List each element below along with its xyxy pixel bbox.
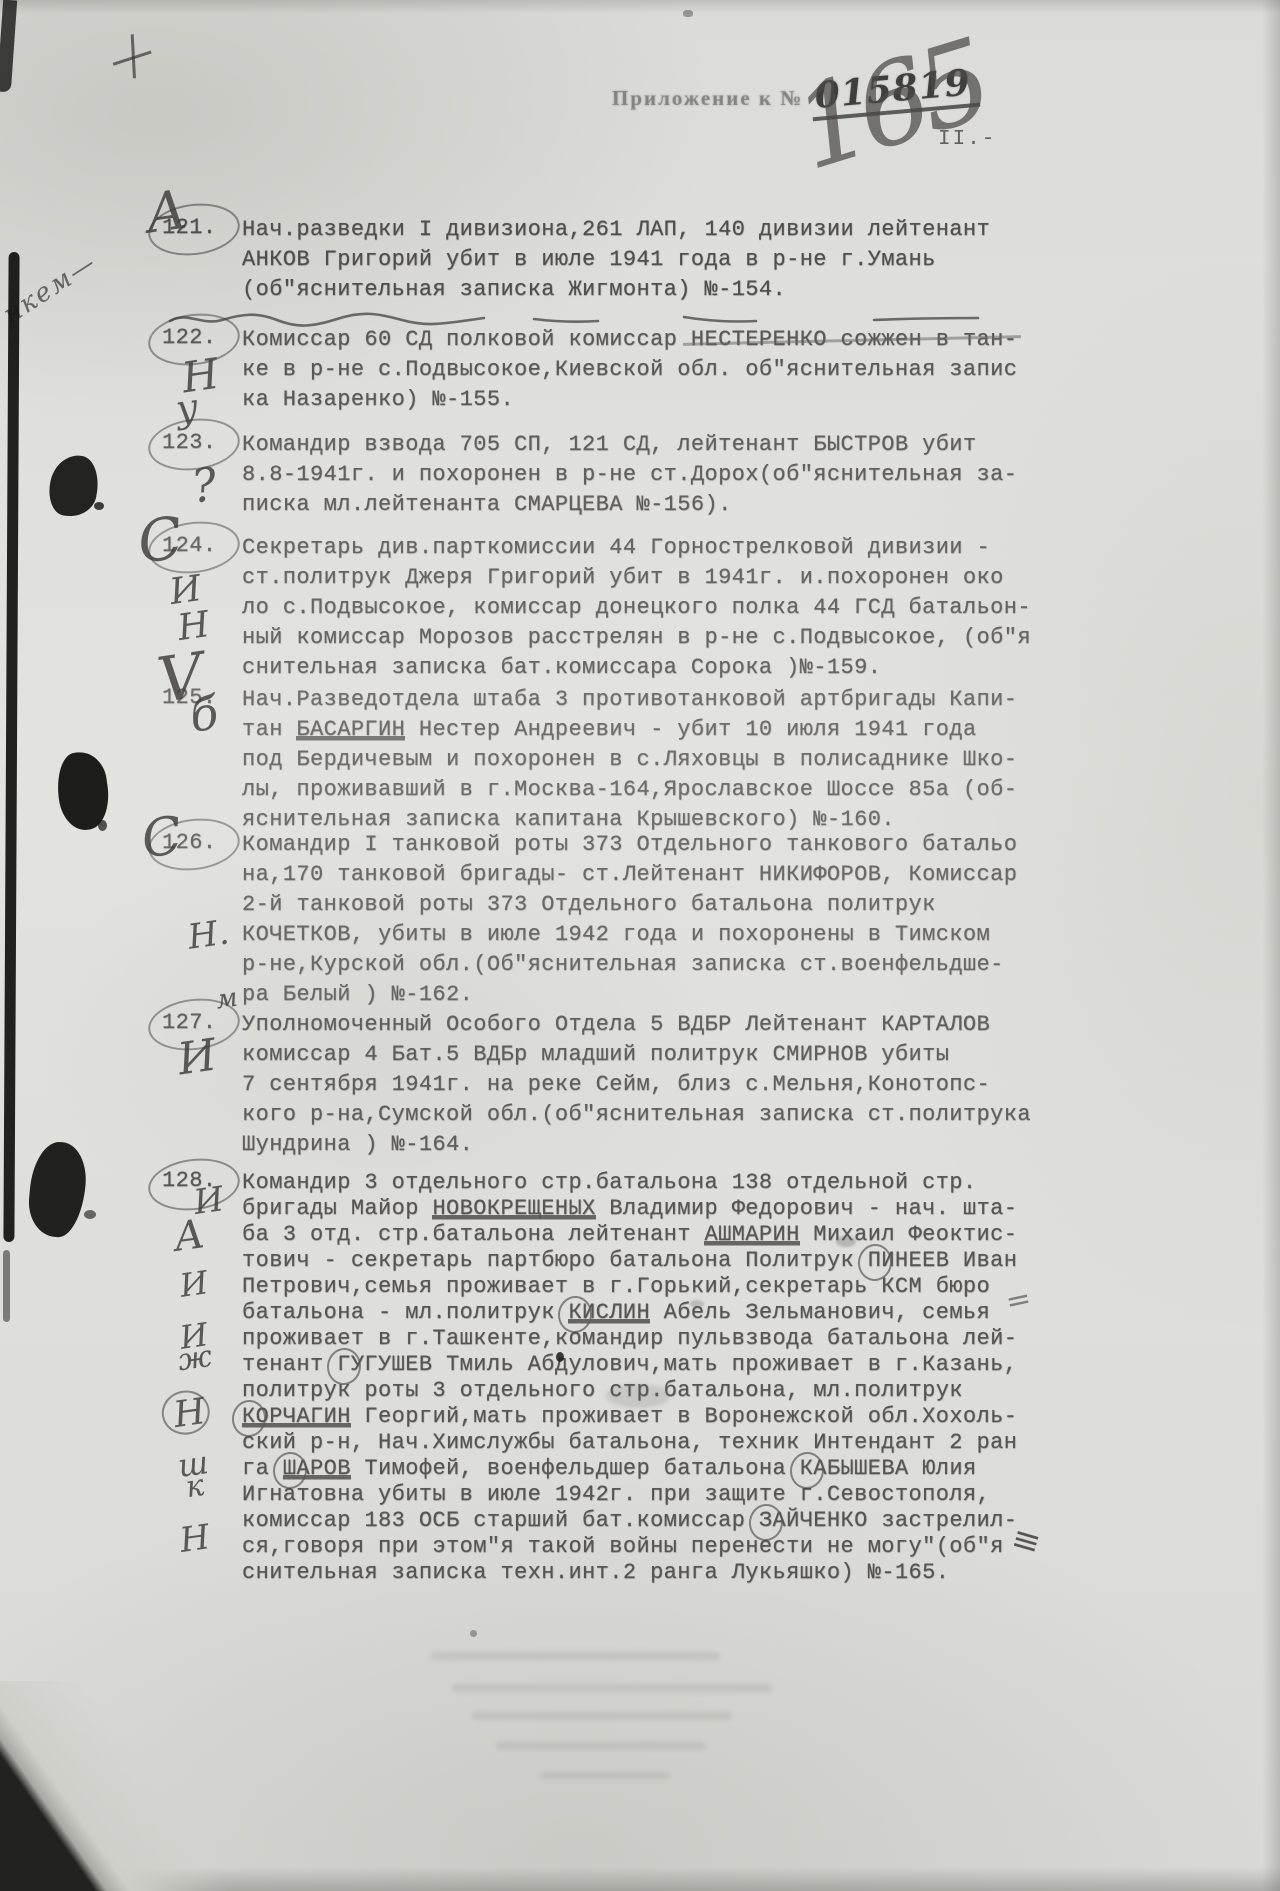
typed-line: батальона - мл.политрук КИСЛИН Абель Зел… <box>242 1300 1082 1326</box>
bleedthrough-mark <box>496 1742 706 1750</box>
typed-line: снительная записка техн.инт.2 ранга Лукь… <box>242 1560 1082 1586</box>
typed-text: писка мл.лейтенанта СМАРЦЕВА №-156). <box>242 492 732 517</box>
marked-name: КИСЛИН <box>568 1300 650 1325</box>
typed-line: ка Назаренко) №-155. <box>242 385 1082 415</box>
marked-name: ШАРОВ <box>283 1456 351 1481</box>
typed-line: Командир 3 отдельного стр.батальона 138 … <box>242 1170 1082 1196</box>
entry-126: 126.СН.Командир I танковой роты 373 Отде… <box>242 830 1082 1010</box>
typed-text: тович - секретарь партбюро батальона Пол… <box>242 1248 868 1273</box>
marked-name: КАБЫШЕВА <box>800 1456 909 1481</box>
typed-text: 7 сентября 1941г. на реке Сейм, близ с.М… <box>242 1072 990 1097</box>
typed-text: Комиссар 60 СД полковой комиссар <box>242 327 691 352</box>
marked-name: ЗАЙЧЕНКО <box>759 1508 868 1533</box>
entry-124: 124.СИНСекретарь див.парткомиссии 44 Гор… <box>242 533 1082 683</box>
marked-name: БАСАРГИН <box>296 717 405 742</box>
corner-tear <box>0 1681 250 1891</box>
entry-122: 122.НуКомиссар 60 СД полковой комиссар Н… <box>242 325 1082 415</box>
pencil-mark: к <box>184 1471 206 1503</box>
typed-text: Командир взвода 705 СП, 121 СД, лейтенан… <box>242 432 977 457</box>
pencil-mark: А <box>142 182 190 241</box>
typed-line: ба 3 отд. стр.батальона лейтенант АШМАРИ… <box>242 1222 1082 1248</box>
typed-text: Тмиль Абдулович,мать проживает в г.Казан… <box>432 1352 1017 1377</box>
typed-text: АНКОВ Григорий убит в июле 1941 года в р… <box>242 247 936 272</box>
pencil-mark: ж <box>176 1342 214 1377</box>
entry-125: 125.VбНач.Разведотдела штаба 3 противота… <box>242 685 1082 835</box>
stain-dot <box>470 1630 477 1637</box>
typed-text: батальона - мл.политрук <box>242 1300 568 1325</box>
typed-line: Комиссар 60 СД полковой комиссар НЕСТЕРЕ… <box>242 325 1082 355</box>
marked-name: НОВОКРЕЩЕНЫХ <box>432 1196 595 1221</box>
entry-121: 121.АНач.разведки I дивизиона,261 ЛАП, 1… <box>242 215 1082 305</box>
ink-blob <box>84 1210 96 1219</box>
entry-128: 128.ИАИИжНшкНКомандир 3 отдельного стр.б… <box>242 1170 1082 1586</box>
pencil-mark: И <box>178 1266 210 1302</box>
typed-line: на,170 танковой бригады- ст.Лейтенант НИ… <box>242 860 1082 890</box>
typed-line: ст.политрук Джеря Григорий убит в 1941г.… <box>242 563 1082 593</box>
entry-number: 123. <box>162 428 216 458</box>
typed-line: КОЧЕТКОВ, убиты в июле 1942 года и похор… <box>242 920 1082 950</box>
typed-line: ный комиссар Морозов расстрелян в р-не с… <box>242 623 1082 653</box>
typed-line: лы, проживавший в г.Москва-164,Ярославск… <box>242 775 1082 805</box>
bleedthrough-mark <box>452 1684 772 1692</box>
typed-line: Нач.разведки I дивизиона,261 ЛАП, 140 ди… <box>242 215 1082 245</box>
typed-line: ра Белый ) №-162. <box>242 980 1082 1010</box>
typed-text: 8.8-1941г. и похоронен в р-не ст.Дорох(о… <box>242 462 1017 487</box>
typed-text: 2-й танковой роты 373 Отдельного батальо… <box>242 892 936 917</box>
left-edge-binding-strip <box>3 1250 10 1322</box>
typed-line: тан БАСАРГИН Нестер Андреевич - убит 10 … <box>242 715 1082 745</box>
marked-name: ГУГУШЕВ <box>337 1352 432 1377</box>
typed-text: Игнатовна убиты в июле 1942г. при защите… <box>242 1482 990 1507</box>
typed-text: Михаил Феоктис- <box>800 1222 1018 1247</box>
typed-line: Командир I танковой роты 373 Отдельного … <box>242 830 1082 860</box>
typed-text: ра Белый ) №-162. <box>242 982 473 1007</box>
typed-line: Нач.Разведотдела штаба 3 противотанковой… <box>242 685 1082 715</box>
typed-line: Петрович,семья проживает в г.Горький,сек… <box>242 1274 1082 1300</box>
typed-text: под Бердичевым и похоронен в с.Ляховцы в… <box>242 747 1017 772</box>
stain-dot <box>683 10 693 17</box>
typed-text: снительная записка техн.инт.2 ранга Лукь… <box>242 1560 949 1585</box>
ink-blob <box>94 502 104 510</box>
typed-text: комиссар 4 Бат.5 ВДБр младший политрук С… <box>242 1042 949 1067</box>
typed-text: ский р-н, Нач.Химслужбы батальона, техни… <box>242 1430 1017 1455</box>
typed-line: ся,говоря при этом"я такой войны перенес… <box>242 1534 1082 1560</box>
marked-name: КОРЧАГИН <box>242 1404 351 1429</box>
typed-line: АНКОВ Григорий убит в июле 1941 года в р… <box>242 245 1082 275</box>
typed-text: яснительная записка капитана Крышевского… <box>242 807 895 832</box>
pencil-mark: Н <box>178 1520 213 1558</box>
typed-text: лы, проживавший в г.Москва-164,Ярославск… <box>242 777 1017 802</box>
typed-text: Юлия <box>909 1456 977 1481</box>
typed-text: снительная записка бат.комиссара Сорока … <box>242 655 881 680</box>
typed-text: застрелил- <box>868 1508 1018 1533</box>
typed-text: НЕСТЕРЕНКО сожжен в тан- <box>691 327 1017 352</box>
typed-text: Тимофей, военфельдшер батальона <box>351 1456 800 1481</box>
typed-line: комиссар 4 Бат.5 ВДБр младший политрук С… <box>242 1040 1082 1070</box>
entry-number: 122. <box>162 323 216 353</box>
typed-text: Командир 3 отдельного стр.батальона 138 … <box>242 1170 977 1195</box>
typed-line: Игнатовна убиты в июле 1942г. при защите… <box>242 1482 1082 1508</box>
typed-text: Владимир Федорович - нач. шта- <box>596 1196 1018 1221</box>
marked-name: ПИНЕЕВ <box>868 1248 950 1273</box>
typed-line: писка мл.лейтенанта СМАРЦЕВА №-156). <box>242 490 1082 520</box>
ink-blob <box>98 820 107 831</box>
typed-line: ский р-н, Нач.Химслужбы батальона, техни… <box>242 1430 1082 1456</box>
typed-line: КОРЧАГИН Георгий,мать проживает в Вороне… <box>242 1404 1082 1430</box>
pencil-mark: м <box>214 985 239 1014</box>
typed-text: тенант <box>242 1352 337 1377</box>
bleedthrough-mark <box>472 1712 732 1720</box>
pencil-mark: И <box>175 1034 220 1083</box>
entries-list: 121.АНач.разведки I дивизиона,261 ЛАП, 1… <box>0 0 1280 1891</box>
typed-line: р-не,Курской обл.(Об"яснительная записка… <box>242 950 1082 980</box>
typed-text: р-не,Курской обл.(Об"яснительная записка… <box>242 952 1004 977</box>
typed-line: 7 сентября 1941г. на реке Сейм, близ с.М… <box>242 1070 1082 1100</box>
typed-text: Уполномоченный Особого Отдела 5 ВДБР Лей… <box>242 1012 990 1037</box>
typed-line: Шундрина ) №-164. <box>242 1130 1082 1160</box>
stain-dot <box>556 1352 564 1362</box>
typed-line: Секретарь див.парткомиссии 44 Горнострел… <box>242 533 1082 563</box>
stain-smudge <box>836 1236 856 1247</box>
typed-line: снительная записка бат.комиссара Сорока … <box>242 653 1082 683</box>
typed-text: КОЧЕТКОВ, убиты в июле 1942 года и похор… <box>242 922 990 947</box>
typed-text: ба 3 отд. стр.батальона лейтенант <box>242 1222 704 1247</box>
typed-text: ло с.Подвысокое, комиссар донецкого полк… <box>242 595 1031 620</box>
bleedthrough-mark <box>430 1652 720 1660</box>
pencil-mark: Н <box>172 1394 208 1434</box>
typed-line: га ШАРОВ Тимофей, военфельдшер батальона… <box>242 1456 1082 1482</box>
pencil-mark: С <box>139 809 186 866</box>
typed-line: кого р-на,Сумской обл.(об"яснительная за… <box>242 1100 1082 1130</box>
typed-text: на,170 танковой бригады- ст.Лейтенант НИ… <box>242 862 1017 887</box>
pencil-mark: Н. <box>186 915 232 954</box>
marked-name: АШМАРИН <box>704 1222 799 1247</box>
typed-text: Нач.Разведотдела штаба 3 противотанковой… <box>242 687 1017 712</box>
stain-smudge <box>690 1300 704 1308</box>
pencil-mark: ? <box>189 460 220 509</box>
typed-text: ный комиссар Морозов расстрелян в р-не с… <box>242 625 1031 650</box>
typed-text: Петрович,семья проживает в г.Горький,сек… <box>242 1274 990 1299</box>
typed-line: Командир взвода 705 СП, 121 СД, лейтенан… <box>242 430 1082 460</box>
typed-line: (об"яснительная записка Жигмонта) №-154. <box>242 275 1082 305</box>
typed-text: Иван <box>949 1248 1017 1273</box>
stain-smudge <box>606 1384 670 1408</box>
typed-text: тан <box>242 717 296 742</box>
typed-line: ке в р-не с.Подвысокое,Киевской обл. об"… <box>242 355 1082 385</box>
typed-line: 8.8-1941г. и похоронен в р-не ст.Дорох(о… <box>242 460 1082 490</box>
typed-text: комиссар 183 ОСБ старший бат.комиссар <box>242 1508 759 1533</box>
typed-line: тович - секретарь партбюро батальона Пол… <box>242 1248 1082 1274</box>
typed-text: кого р-на,Сумской обл.(об"яснительная за… <box>242 1102 1031 1127</box>
typed-text: Георгий,мать проживает в Воронежской обл… <box>351 1404 1018 1429</box>
typed-text: политрук роты 3 отдельного стр.батальона… <box>242 1378 963 1403</box>
entry-127: 127.мИУполномоченный Особого Отдела 5 ВД… <box>242 1010 1082 1160</box>
typed-line: бригады Майор НОВОКРЕЩЕНЫХ Владимир Федо… <box>242 1196 1082 1222</box>
bleedthrough-mark <box>540 1772 670 1779</box>
typed-text: (об"яснительная записка Жигмонта) №-154. <box>242 277 786 302</box>
typed-text: Нестер Андреевич - убит 10 июля 1941 год… <box>405 717 976 742</box>
typed-line: комиссар 183 ОСБ старший бат.комиссар ЗА… <box>242 1508 1082 1534</box>
typed-line: тенант ГУГУШЕВ Тмиль Абдулович,мать прож… <box>242 1352 1082 1378</box>
typed-text: ка Назаренко) №-155. <box>242 387 514 412</box>
typed-text: ся,говоря при этом"я такой войны перенес… <box>242 1534 1004 1559</box>
typed-line: 2-й танковой роты 373 Отдельного батальо… <box>242 890 1082 920</box>
typed-line: Уполномоченный Особого Отдела 5 ВДБР Лей… <box>242 1010 1082 1040</box>
entry-123: 123.?Командир взвода 705 СП, 121 СД, лей… <box>242 430 1082 520</box>
typed-text: бригады Майор <box>242 1196 432 1221</box>
typed-line: проживает в г.Ташкенте,командир пульвзво… <box>242 1326 1082 1352</box>
typed-text: ке в р-не с.Подвысокое,Киевской обл. об"… <box>242 357 1017 382</box>
typed-text: Нач.разведки I дивизиона,261 ЛАП, 140 ди… <box>242 217 990 242</box>
typed-text: проживает в г.Ташкенте,командир пульвзво… <box>242 1326 1017 1351</box>
typed-text: ст.политрук Джеря Григорий убит в 1941г.… <box>242 565 1004 590</box>
typed-text: Командир I танковой роты 373 Отдельного … <box>242 832 1017 857</box>
pencil-mark: А <box>171 1214 207 1258</box>
typed-text: Секретарь див.парткомиссии 44 Горнострел… <box>242 535 990 560</box>
pencil-mark: С <box>134 508 186 572</box>
typed-line: под Бердичевым и похоронен в с.Ляховцы в… <box>242 745 1082 775</box>
document-page: Приложение к № 015819 165 II.- нкем— 121… <box>0 0 1280 1891</box>
typed-text: Шундрина ) №-164. <box>242 1132 473 1157</box>
typed-line: ло с.Подвысокое, комиссар донецкого полк… <box>242 593 1082 623</box>
